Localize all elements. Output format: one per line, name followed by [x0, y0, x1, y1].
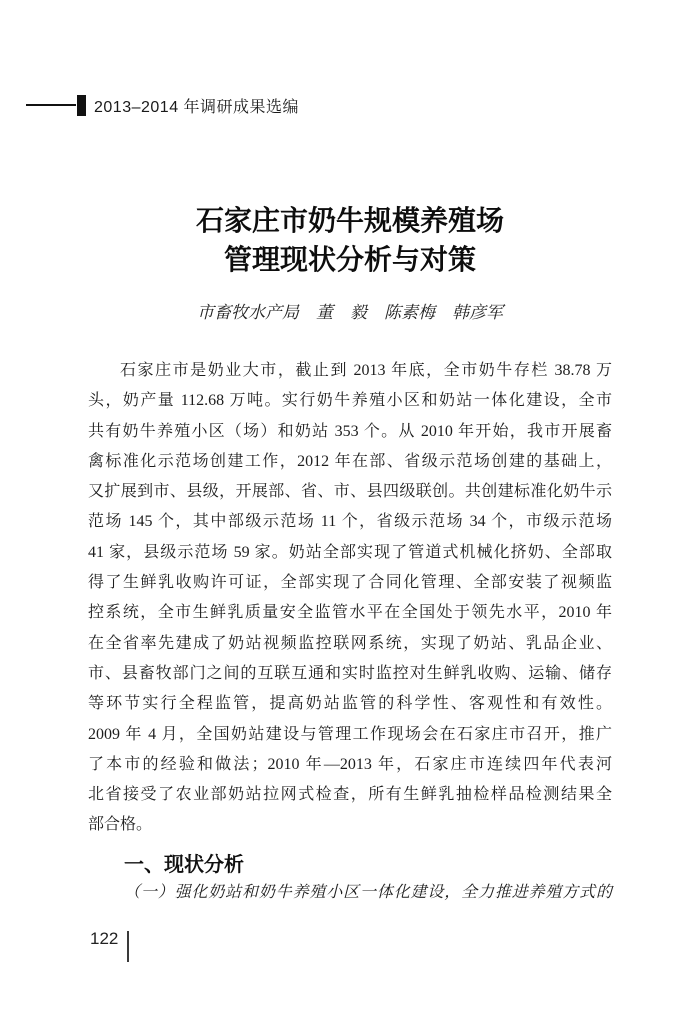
article-title-line2: 管理现状分析与对策 — [224, 245, 476, 276]
byline: 市畜牧水产局 董 毅 陈素梅 韩彦军 — [88, 298, 612, 323]
body-text: 石家庄市是奶业大市，截止到 2013 年底，全市奶牛存栏 38.78 万头，奶产… — [88, 356, 612, 841]
body-line: 等环节实行全程监管，提高奶站监管的科学性、客观性和有效性。 — [88, 689, 612, 719]
page-number-rule — [127, 931, 129, 962]
body-line: 禽标准化示范场创建工作，2012 年在部、省级示范场创建的基础上， — [88, 447, 612, 477]
section-heading: 一、现状分析 — [88, 848, 612, 877]
body-line: 市、县畜牧部门之间的互联互通和实时监控对生鲜乳收购、运输、储存 — [88, 659, 612, 689]
article-title-line1: 石家庄市奶牛规模养殖场 — [196, 206, 504, 237]
header-series-title: 2013–2014 年调研成果选编 — [94, 94, 299, 117]
body-line: 部合格。 — [88, 810, 612, 840]
body-line: 又扩展到市、县级，开展部、省、市、县四级联创。共创建标准化奶牛示 — [88, 477, 612, 507]
body-line: 得了生鲜乳收购许可证，全部实现了合同化管理、全部安装了视频监 — [88, 568, 612, 598]
body-line: 共有奶牛养殖小区（场）和奶站 353 个。从 2010 年开始，我市开展畜 — [88, 417, 612, 447]
body-line: 头，奶产量 112.68 万吨。实行奶牛养殖小区和奶站一体化建设，全市 — [88, 386, 612, 416]
body-line: 了本市的经验和做法；2010 年—2013 年，石家庄市连续四年代表河 — [88, 750, 612, 780]
body-line: 2009 年 4 月，全国奶站建设与管理工作现场会在石家庄市召开，推广 — [88, 720, 612, 750]
body-line: 在全省率先建成了奶站视频监控联网系统，实现了奶站、乳品企业、 — [88, 629, 612, 659]
running-header: 2013–2014 年调研成果选编 — [26, 94, 299, 116]
document-page: 2013–2014 年调研成果选编 石家庄市奶牛规模养殖场 管理现状分析与对策 … — [0, 0, 700, 1013]
body-line: 控系统，全市生鲜乳质量安全监管水平在全国处于领先水平，2010 年 — [88, 598, 612, 628]
body-line: 范场 145 个，其中部级示范场 11 个，省级示范场 34 个，市级示范场 — [88, 507, 612, 537]
body-line: 石家庄市是奶业大市，截止到 2013 年底，全市奶牛存栏 38.78 万 — [88, 356, 612, 386]
article-title: 石家庄市奶牛规模养殖场 管理现状分析与对策 — [88, 202, 612, 280]
header-block-marker-icon — [77, 95, 86, 116]
body-line: 41 家，县级示范场 59 家。奶站全部实现了管道式机械化挤奶、全部取 — [88, 538, 612, 568]
header-rule — [26, 104, 76, 106]
body-line: 北省接受了农业部奶站拉网式检查，所有生鲜乳抽检样品检测结果全 — [88, 780, 612, 810]
page-number: 122 — [90, 929, 118, 949]
subsection-first-line: （一）强化奶站和奶牛养殖小区一体化建设，全力推进养殖方式的 — [88, 879, 612, 907]
